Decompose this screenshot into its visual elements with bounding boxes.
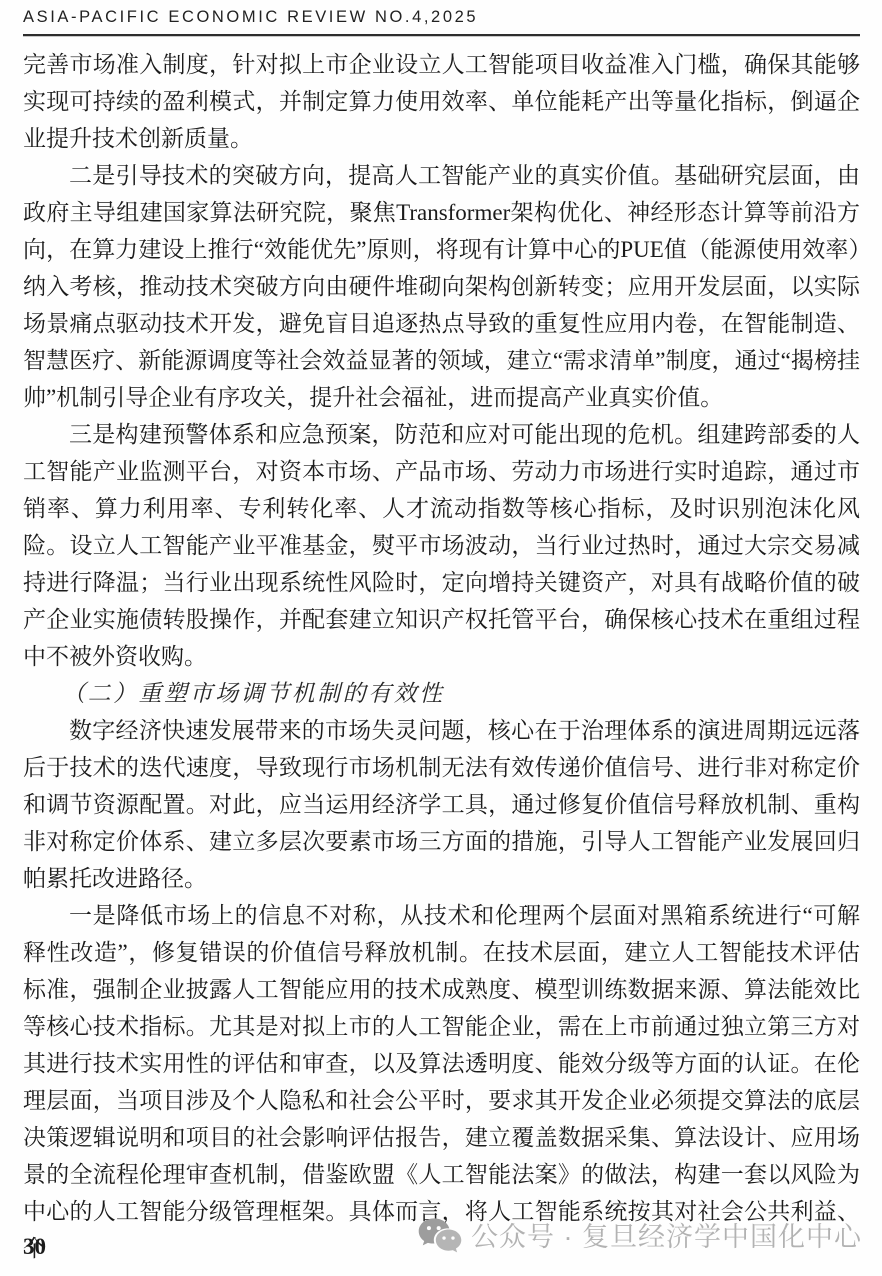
paragraph: 三是构建预警体系和应急预案，防范和应对可能出现的危机。组建跨部委的人工智能产业监… [23,416,860,675]
header-rule [23,34,860,37]
paragraph-continuation: 完善市场准入制度，针对拟上市企业设立人工智能项目收益准入门槛，确保其能够实现可持… [23,46,860,157]
page-number: 30 [23,1234,46,1260]
page-header: ASIA-PACIFIC ECONOMIC REVIEW NO.4,2025 [23,8,860,37]
paragraph: 数字经济快速发展带来的市场失灵问题，核心在于治理体系的演进周期远远落后于技术的迭… [23,712,860,897]
document-page: ASIA-PACIFIC ECONOMIC REVIEW NO.4,2025 完… [0,0,882,1276]
paragraph: 一是降低市场上的信息不对称，从技术和伦理两个层面对黑箱系统进行“可解释性改造”，… [23,897,860,1267]
wechat-icon [418,1217,462,1253]
watermark: 公众号 · 复旦经济学中国化中心 [418,1215,862,1254]
article-body: 完善市场准入制度，针对拟上市企业设立人工智能项目收益准入门槛，确保其能够实现可持… [23,46,860,1267]
watermark-text: 公众号 · 复旦经济学中国化中心 [471,1215,862,1254]
paragraph: 二是引导技术的突破方向，提高人工智能产业的真实价值。基础研究层面，由政府主导组建… [23,157,860,416]
journal-title: ASIA-PACIFIC ECONOMIC REVIEW NO.4,2025 [23,8,860,27]
section-heading: （二）重塑市场调节机制的有效性 [23,675,860,712]
